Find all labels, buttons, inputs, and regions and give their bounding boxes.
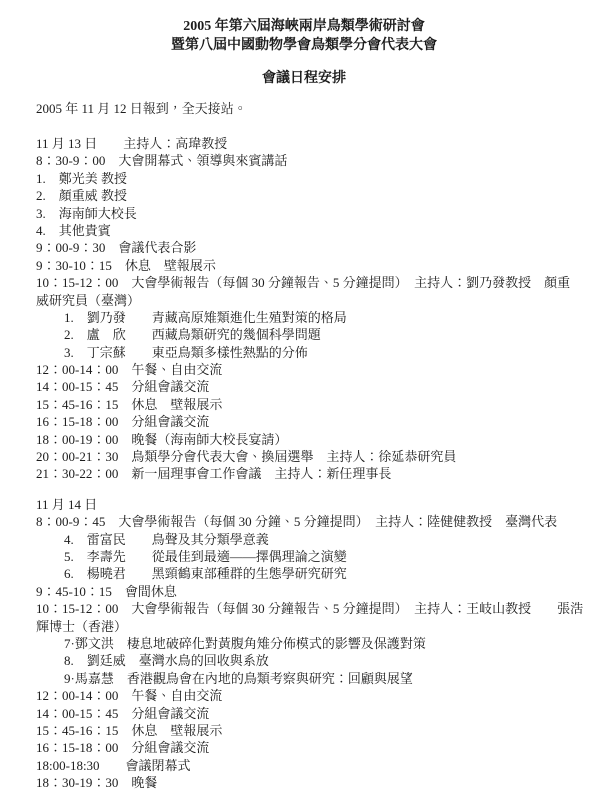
schedule-line: 16：15-18：00 分組會議交流 [36,413,572,430]
schedule-line: 3. 海南師大校長 [36,205,572,222]
schedule-line: 16：15-18：00 分組會議交流 [36,739,572,756]
schedule-line: 6. 楊曉君 黑頸鶴東部種群的生態學研究研究 [36,565,572,582]
schedule-line: 8. 劉廷威 臺灣水鳥的回收與系放 [36,652,572,669]
schedule-line: 21：30-22：00 新一屆理事會工作會議 主持人：新任理事長 [36,465,572,482]
schedule-line: 4. 其他貴賓 [36,222,572,239]
document-page: 2005 年第六屆海峽兩岸鳥類學術研討會 暨第八屆中國動物學會鳥類學分會代表大會… [0,0,600,805]
arrival-note: 2005 年 11 月 12 日報到，全天接站。 [36,100,572,117]
schedule-line: 15：45-16：15 休息 壁報展示 [36,396,572,413]
schedule-line: 1. 劉乃發 青藏高原雉類進化生殖對策的格局 [36,309,572,326]
schedule-line: 12：00-14：00 午餐、自由交流 [36,687,572,704]
schedule-line: 8：00-9：45 大會學術報告（每個 30 分鐘、5 分鐘提問） 主持人：陸健… [36,513,572,530]
schedule-line: 9：45-10：15 會間休息 [36,583,572,600]
schedule-line: 18：30-19：30 晚餐 [36,774,572,791]
schedule-line: 18:00-18:30 會議閉幕式 [36,757,572,774]
schedule-line: 9：00-9：30 會議代表合影 [36,239,572,256]
schedule-line: 9·馬嘉慧 香港觀鳥會在內地的鳥類考察與研究：回顧與展望 [36,670,572,687]
conference-title-line2: 暨第八屆中國動物學會鳥類學分會代表大會 [36,36,572,55]
schedule-line: 11 月 13 日 主持人：高瑋教授 [36,135,572,152]
schedule-line: 8：30-9：00 大會開幕式、領導與來賓講話 [36,152,572,169]
schedule-line: 1. 鄭光美 教授 [36,170,572,187]
schedule-line: 2. 盧 欣 西藏鳥類研究的幾個科學問題 [36,326,572,343]
schedule: 11 月 13 日 主持人：高瑋教授8：30-9：00 大會開幕式、領導與來賓講… [36,135,572,791]
schedule-line: 輝博士（香港） [36,618,572,635]
schedule-line: 15：45-16：15 休息 壁報展示 [36,722,572,739]
schedule-line: 20：00-21：30 鳥類學分會代表大會、換屆選舉 主持人：徐延恭研究員 [36,448,572,465]
schedule-line: 11 月 14 日 [36,496,572,513]
schedule-line: 2. 顏重威 教授 [36,187,572,204]
schedule-line: 14：00-15：45 分組會議交流 [36,705,572,722]
schedule-line: 5. 李壽先 從最佳到最適——擇偶理論之演變 [36,548,572,565]
schedule-line: 14：00-15：45 分組會議交流 [36,378,572,395]
conference-title-line1: 2005 年第六屆海峽兩岸鳥類學術研討會 [36,17,572,36]
schedule-line: 威研究員（臺灣） [36,292,572,309]
schedule-line: 7·鄧文洪 棲息地破碎化對黃腹角雉分佈模式的影響及保護對策 [36,635,572,652]
schedule-line: 18：00-19：00 晚餐（海南師大校長宴請） [36,431,572,448]
agenda-heading: 會議日程安排 [36,69,572,88]
schedule-line: 10：15-12：00 大會學術報告（每個 30 分鐘報告、5 分鐘提問） 主持… [36,274,572,291]
schedule-line: 10：15-12：00 大會學術報告（每個 30 分鐘報告、5 分鐘提問） 主持… [36,600,572,617]
schedule-day: 11 月 13 日 主持人：高瑋教授8：30-9：00 大會開幕式、領導與來賓講… [36,135,572,483]
schedule-line: 12：00-14：00 午餐、自由交流 [36,361,572,378]
schedule-day: 11 月 14 日8：00-9：45 大會學術報告（每個 30 分鐘、5 分鐘提… [36,496,572,792]
document-header: 2005 年第六屆海峽兩岸鳥類學術研討會 暨第八屆中國動物學會鳥類學分會代表大會… [36,17,572,88]
schedule-line: 9：30-10：15 休息 壁報展示 [36,257,572,274]
schedule-line: 3. 丁宗蘇 東亞鳥類多樣性熱點的分佈 [36,344,572,361]
schedule-line: 4. 雷富民 鳥聲及其分類學意義 [36,531,572,548]
